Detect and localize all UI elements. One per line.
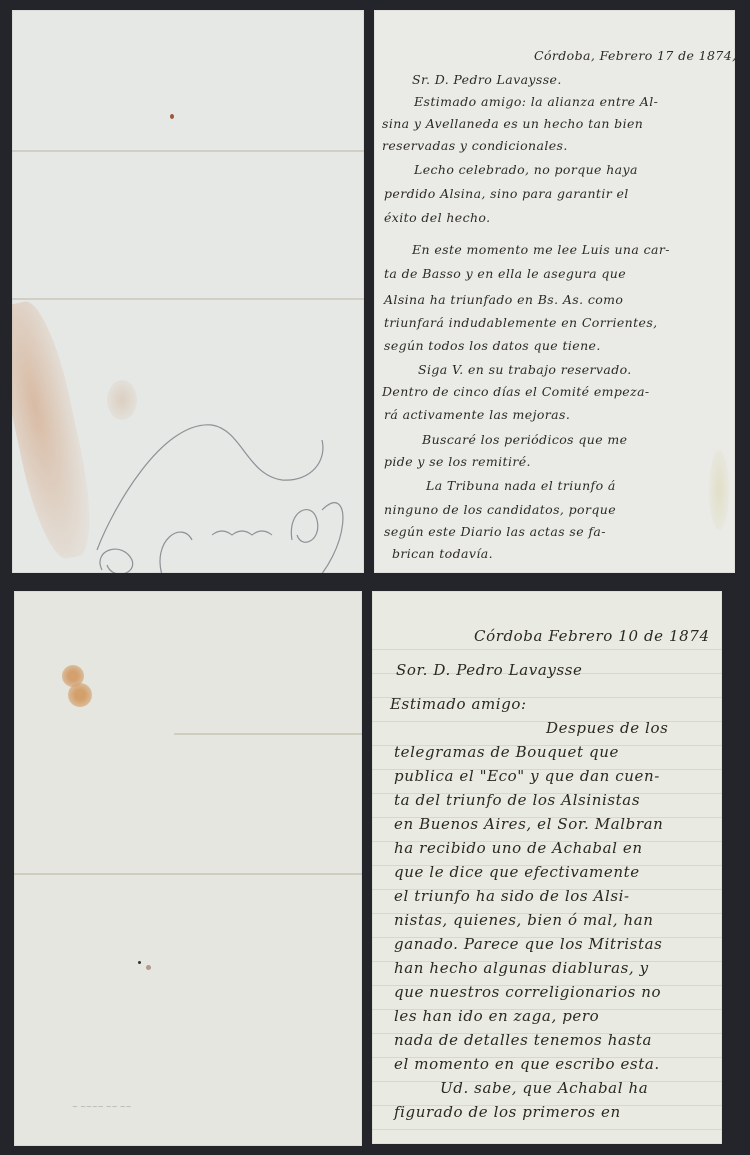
- text-line: Ud. sabe, que Achabal ha: [440, 1079, 648, 1097]
- text-line: triunfará indudablemente en Corrientes,: [384, 315, 658, 330]
- faint-pencil-mark: ~ ~~~~ ~~ ~~: [72, 1103, 131, 1111]
- pencil-signature: [52, 400, 352, 573]
- ink-spot: [170, 114, 174, 119]
- text-line: brican todavía.: [392, 546, 493, 561]
- text-line: el triunfo ha sido de los Alsi-: [394, 887, 630, 905]
- text-line: Dentro de cinco días el Comité empeza-: [382, 384, 650, 399]
- text-line: ganado. Parece que los Mitristas: [394, 935, 662, 953]
- fold-line: [174, 733, 362, 735]
- letter-page-2: Córdoba Febrero 10 de 1874 Sor. D. Pedro…: [372, 591, 722, 1144]
- text-line: que nuestros correligionarios no: [394, 983, 661, 1001]
- page-reverse-top-left: [12, 10, 364, 573]
- text-line: ha recibido uno de Achabal en: [394, 839, 643, 857]
- text-line: Lecho celebrado, no porque haya: [414, 162, 638, 177]
- text-line: sina y Avellaneda es un hecho tan bien: [382, 116, 643, 131]
- text-line: nada de detalles tenemos hasta: [394, 1031, 652, 1049]
- text-line: Alsina ha triunfado en Bs. As. como: [384, 292, 623, 307]
- text-line: La Tribuna nada el triunfo á: [426, 478, 616, 493]
- text-line: ta del triunfo de los Alsinistas: [394, 791, 640, 809]
- text-line: nistas, quienes, bien ó mal, han: [394, 911, 654, 929]
- letter-salutation: Sr. D. Pedro Lavaysse.: [412, 72, 562, 87]
- text-line: Despues de los: [546, 719, 668, 737]
- handwritten-text: Córdoba, Febrero 17 de 1874, Sr. D. Pedr…: [374, 10, 735, 573]
- letter-date: Córdoba Febrero 10 de 1874: [474, 627, 710, 645]
- text-line: según todos los datos que tiene.: [384, 338, 601, 353]
- text-line: Estimado amigo: la alianza entre Al-: [414, 94, 658, 109]
- ink-dot: [138, 961, 141, 964]
- text-line: Estimado amigo:: [390, 695, 527, 713]
- text-line: En este momento me lee Luis una car-: [412, 242, 670, 257]
- text-line: figurado de los primeros en: [394, 1103, 621, 1121]
- letter-date: Córdoba, Febrero 17 de 1874,: [534, 48, 735, 63]
- text-line: ninguno de los candidatos, porque: [384, 502, 616, 517]
- text-line: les han ido en zaga, pero: [394, 1007, 599, 1025]
- page-reverse-bottom-left: ~ ~~~~ ~~ ~~: [14, 591, 362, 1146]
- stain: [68, 683, 92, 707]
- signature-scribble-icon: [52, 400, 352, 573]
- letter-page-1: Córdoba, Febrero 17 de 1874, Sr. D. Pedr…: [374, 10, 735, 573]
- fold-line: [12, 298, 364, 300]
- text-line: telegramas de Bouquet que: [394, 743, 619, 761]
- fold-line: [12, 150, 364, 152]
- text-line: publica el "Eco" y que dan cuen-: [394, 767, 660, 785]
- text-line: ta de Basso y en ella le asegura que: [384, 266, 626, 281]
- text-line: han hecho algunas diabluras, y: [394, 959, 649, 977]
- handwritten-text: Córdoba Febrero 10 de 1874 Sor. D. Pedro…: [372, 591, 722, 1144]
- text-line: rá activamente las mejoras.: [384, 407, 570, 422]
- text-line: que le dice que efectivamente: [394, 863, 640, 881]
- text-line: éxito del hecho.: [384, 210, 491, 225]
- text-line: el momento en que escribo esta.: [394, 1055, 660, 1073]
- stain: [146, 965, 151, 970]
- text-line: en Buenos Aires, el Sor. Malbran: [394, 815, 663, 833]
- fold-line: [14, 873, 362, 875]
- text-line: según este Diario las actas se fa-: [384, 524, 606, 539]
- text-line: Buscaré los periódicos que me: [422, 432, 627, 447]
- stain: [709, 450, 729, 530]
- text-line: pide y se los remitiré.: [384, 454, 531, 469]
- letter-salutation: Sor. D. Pedro Lavaysse: [396, 661, 583, 679]
- text-line: Siga V. en su trabajo reservado.: [418, 362, 632, 377]
- text-line: reservadas y condicionales.: [382, 138, 568, 153]
- text-line: perdido Alsina, sino para garantir el: [384, 186, 629, 201]
- mounting-board: Córdoba, Febrero 17 de 1874, Sr. D. Pedr…: [0, 0, 750, 1155]
